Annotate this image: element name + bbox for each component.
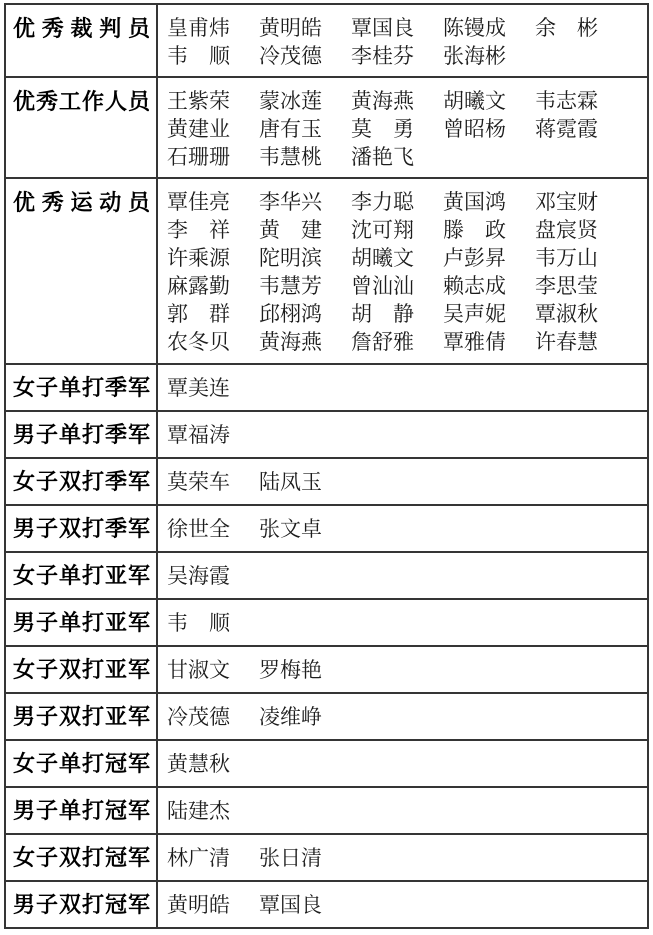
winner-name: 覃国良 xyxy=(259,891,322,919)
winner-name: 黄海燕 xyxy=(259,328,351,356)
table-row: 男子单打季军覃福涛 xyxy=(5,411,648,458)
names-line: 许乘源陀明滨胡曦文卢彭昇韦万山 xyxy=(167,244,643,272)
category-label: 男子双打冠军 xyxy=(5,881,157,928)
category-label: 女子双打亚军 xyxy=(5,646,157,693)
winner-name: 韦慧桃 xyxy=(259,143,351,171)
winner-name: 陆建杰 xyxy=(167,797,230,825)
names-line: 韦 顺冷茂德李桂芬张海彬 xyxy=(167,42,643,70)
table-row: 男子双打季军徐世全张文卓 xyxy=(5,505,648,552)
winner-name: 胡曦文 xyxy=(443,87,535,115)
winner-name: 张日清 xyxy=(259,844,322,872)
names-cell: 王紫荣蒙冰莲黄海燕胡曦文韦志霖黄建业唐有玉莫 勇曾昭杨蒋霓霞石珊珊韦慧桃潘艳飞 xyxy=(157,77,648,178)
table-row: 女子单打亚军吴海霞 xyxy=(5,552,648,599)
table-row: 优秀运动员覃佳亮李华兴李力聪黄国鸿邓宝财李 祥黄 建沈可翔滕 政盘宸贤许乘源陀明… xyxy=(5,178,648,364)
winner-name: 曾汕汕 xyxy=(351,272,443,300)
winner-name: 唐有玉 xyxy=(259,115,351,143)
winner-name: 沈可翔 xyxy=(351,216,443,244)
winner-name: 莫 勇 xyxy=(351,115,443,143)
category-label: 女子单打季军 xyxy=(5,364,157,411)
names-line: 陆建杰 xyxy=(167,797,643,825)
awards-table-body: 优秀裁判员皇甫炜黄明皓覃国良陈镘成余 彬韦 顺冷茂德李桂芬张海彬优秀工作人员王紫… xyxy=(5,4,648,928)
names-line: 覃美连 xyxy=(167,374,643,402)
winner-name: 凌维峥 xyxy=(259,703,322,731)
winner-name: 许春慧 xyxy=(535,328,598,356)
winner-name: 滕 政 xyxy=(443,216,535,244)
table-row: 男子双打冠军黄明皓覃国良 xyxy=(5,881,648,928)
winner-name: 黄 建 xyxy=(259,216,351,244)
names-line: 吴海霞 xyxy=(167,562,643,590)
names-cell: 韦 顺 xyxy=(157,599,648,646)
winner-name: 韦万山 xyxy=(535,244,598,272)
category-label: 男子双打季军 xyxy=(5,505,157,552)
winner-name: 陀明滨 xyxy=(259,244,351,272)
names-line: 莫荣车陆凤玉 xyxy=(167,468,643,496)
winner-name: 许乘源 xyxy=(167,244,259,272)
names-line: 林广清张日清 xyxy=(167,844,643,872)
winner-name: 覃福涛 xyxy=(167,421,230,449)
winner-name: 冷茂德 xyxy=(167,703,259,731)
winner-name: 皇甫炜 xyxy=(167,14,259,42)
winner-name: 黄建业 xyxy=(167,115,259,143)
winner-name: 卢彭昇 xyxy=(443,244,535,272)
winner-name: 石珊珊 xyxy=(167,143,259,171)
names-line: 徐世全张文卓 xyxy=(167,515,643,543)
category-label: 优秀运动员 xyxy=(5,178,157,364)
winner-name: 黄明皓 xyxy=(259,14,351,42)
table-row: 女子双打冠军林广清张日清 xyxy=(5,834,648,881)
names-cell: 皇甫炜黄明皓覃国良陈镘成余 彬韦 顺冷茂德李桂芬张海彬 xyxy=(157,4,648,77)
table-row: 男子单打亚军韦 顺 xyxy=(5,599,648,646)
winner-name: 曾昭杨 xyxy=(443,115,535,143)
winner-name: 覃淑秋 xyxy=(535,300,598,328)
names-line: 皇甫炜黄明皓覃国良陈镘成余 彬 xyxy=(167,14,643,42)
winner-name: 邓宝财 xyxy=(535,188,598,216)
names-line: 韦 顺 xyxy=(167,609,643,637)
winner-name: 黄明皓 xyxy=(167,891,259,919)
winner-name: 李力聪 xyxy=(351,188,443,216)
winner-name: 蒙冰莲 xyxy=(259,87,351,115)
winner-name: 韦 顺 xyxy=(167,609,230,637)
category-label: 优秀裁判员 xyxy=(5,4,157,77)
names-cell: 覃佳亮李华兴李力聪黄国鸿邓宝财李 祥黄 建沈可翔滕 政盘宸贤许乘源陀明滨胡曦文卢… xyxy=(157,178,648,364)
winner-name: 张海彬 xyxy=(443,42,506,70)
table-row: 女子双打季军莫荣车陆凤玉 xyxy=(5,458,648,505)
names-cell: 陆建杰 xyxy=(157,787,648,834)
winner-name: 覃雅倩 xyxy=(443,328,535,356)
winner-name: 胡曦文 xyxy=(351,244,443,272)
winner-name: 李华兴 xyxy=(259,188,351,216)
winner-name: 覃美连 xyxy=(167,374,230,402)
winner-name: 覃佳亮 xyxy=(167,188,259,216)
table-row: 女子单打季军覃美连 xyxy=(5,364,648,411)
names-cell: 徐世全张文卓 xyxy=(157,505,648,552)
names-cell: 黄慧秋 xyxy=(157,740,648,787)
names-line: 麻露勤韦慧芳曾汕汕赖志成李思莹 xyxy=(167,272,643,300)
winner-name: 麻露勤 xyxy=(167,272,259,300)
names-line: 李 祥黄 建沈可翔滕 政盘宸贤 xyxy=(167,216,643,244)
names-cell: 莫荣车陆凤玉 xyxy=(157,458,648,505)
winner-name: 韦慧芳 xyxy=(259,272,351,300)
winner-name: 李桂芬 xyxy=(351,42,443,70)
names-cell: 覃美连 xyxy=(157,364,648,411)
winner-name: 蒋霓霞 xyxy=(535,115,598,143)
winner-name: 韦 顺 xyxy=(167,42,259,70)
table-row: 男子单打冠军陆建杰 xyxy=(5,787,648,834)
winner-name: 韦志霖 xyxy=(535,87,598,115)
names-line: 覃福涛 xyxy=(167,421,643,449)
winner-name: 黄海燕 xyxy=(351,87,443,115)
winner-name: 覃国良 xyxy=(351,14,443,42)
names-cell: 甘淑文罗梅艳 xyxy=(157,646,648,693)
names-cell: 覃福涛 xyxy=(157,411,648,458)
winner-name: 王紫荣 xyxy=(167,87,259,115)
table-row: 优秀裁判员皇甫炜黄明皓覃国良陈镘成余 彬韦 顺冷茂德李桂芬张海彬 xyxy=(5,4,648,77)
names-line: 王紫荣蒙冰莲黄海燕胡曦文韦志霖 xyxy=(167,87,643,115)
names-cell: 冷茂德凌维峥 xyxy=(157,693,648,740)
names-line: 黄慧秋 xyxy=(167,750,643,778)
winner-name: 莫荣车 xyxy=(167,468,259,496)
table-row: 女子双打亚军甘淑文罗梅艳 xyxy=(5,646,648,693)
winner-name: 吴海霞 xyxy=(167,562,230,590)
winner-name: 罗梅艳 xyxy=(259,656,322,684)
winner-name: 黄国鸿 xyxy=(443,188,535,216)
names-cell: 林广清张日清 xyxy=(157,834,648,881)
winner-name: 李 祥 xyxy=(167,216,259,244)
names-line: 甘淑文罗梅艳 xyxy=(167,656,643,684)
names-line: 农冬贝黄海燕詹舒雅覃雅倩许春慧 xyxy=(167,328,643,356)
winner-name: 徐世全 xyxy=(167,515,259,543)
names-line: 黄明皓覃国良 xyxy=(167,891,643,919)
winner-name: 李思莹 xyxy=(535,272,598,300)
category-label: 女子单打亚军 xyxy=(5,552,157,599)
names-line: 黄建业唐有玉莫 勇曾昭杨蒋霓霞 xyxy=(167,115,643,143)
names-cell: 吴海霞 xyxy=(157,552,648,599)
winner-name: 郭 群 xyxy=(167,300,259,328)
table-row: 女子单打冠军黄慧秋 xyxy=(5,740,648,787)
winner-name: 林广清 xyxy=(167,844,259,872)
table-row: 男子双打亚军冷茂德凌维峥 xyxy=(5,693,648,740)
winner-name: 詹舒雅 xyxy=(351,328,443,356)
names-cell: 黄明皓覃国良 xyxy=(157,881,648,928)
winner-name: 赖志成 xyxy=(443,272,535,300)
winner-name: 冷茂德 xyxy=(259,42,351,70)
category-label: 男子单打季军 xyxy=(5,411,157,458)
category-label: 男子双打亚军 xyxy=(5,693,157,740)
names-line: 郭 群邱栩鸿胡 静吴声妮覃淑秋 xyxy=(167,300,643,328)
winner-name: 盘宸贤 xyxy=(535,216,598,244)
winner-name: 张文卓 xyxy=(259,515,322,543)
awards-table: 优秀裁判员皇甫炜黄明皓覃国良陈镘成余 彬韦 顺冷茂德李桂芬张海彬优秀工作人员王紫… xyxy=(4,3,649,929)
awards-document-page: 优秀裁判员皇甫炜黄明皓覃国良陈镘成余 彬韦 顺冷茂德李桂芬张海彬优秀工作人员王紫… xyxy=(0,0,653,935)
winner-name: 吴声妮 xyxy=(443,300,535,328)
category-label: 女子单打冠军 xyxy=(5,740,157,787)
winner-name: 余 彬 xyxy=(535,14,598,42)
category-label: 女子双打冠军 xyxy=(5,834,157,881)
winner-name: 陆凤玉 xyxy=(259,468,322,496)
category-label: 女子双打季军 xyxy=(5,458,157,505)
category-label: 男子单打冠军 xyxy=(5,787,157,834)
winner-name: 陈镘成 xyxy=(443,14,535,42)
winner-name: 农冬贝 xyxy=(167,328,259,356)
table-row: 优秀工作人员王紫荣蒙冰莲黄海燕胡曦文韦志霖黄建业唐有玉莫 勇曾昭杨蒋霓霞石珊珊韦… xyxy=(5,77,648,178)
names-line: 石珊珊韦慧桃潘艳飞 xyxy=(167,143,643,171)
winner-name: 黄慧秋 xyxy=(167,750,230,778)
winner-name: 潘艳飞 xyxy=(351,143,414,171)
category-label: 男子单打亚军 xyxy=(5,599,157,646)
names-line: 冷茂德凌维峥 xyxy=(167,703,643,731)
names-line: 覃佳亮李华兴李力聪黄国鸿邓宝财 xyxy=(167,188,643,216)
winner-name: 邱栩鸿 xyxy=(259,300,351,328)
winner-name: 胡 静 xyxy=(351,300,443,328)
category-label: 优秀工作人员 xyxy=(5,77,157,178)
winner-name: 甘淑文 xyxy=(167,656,259,684)
